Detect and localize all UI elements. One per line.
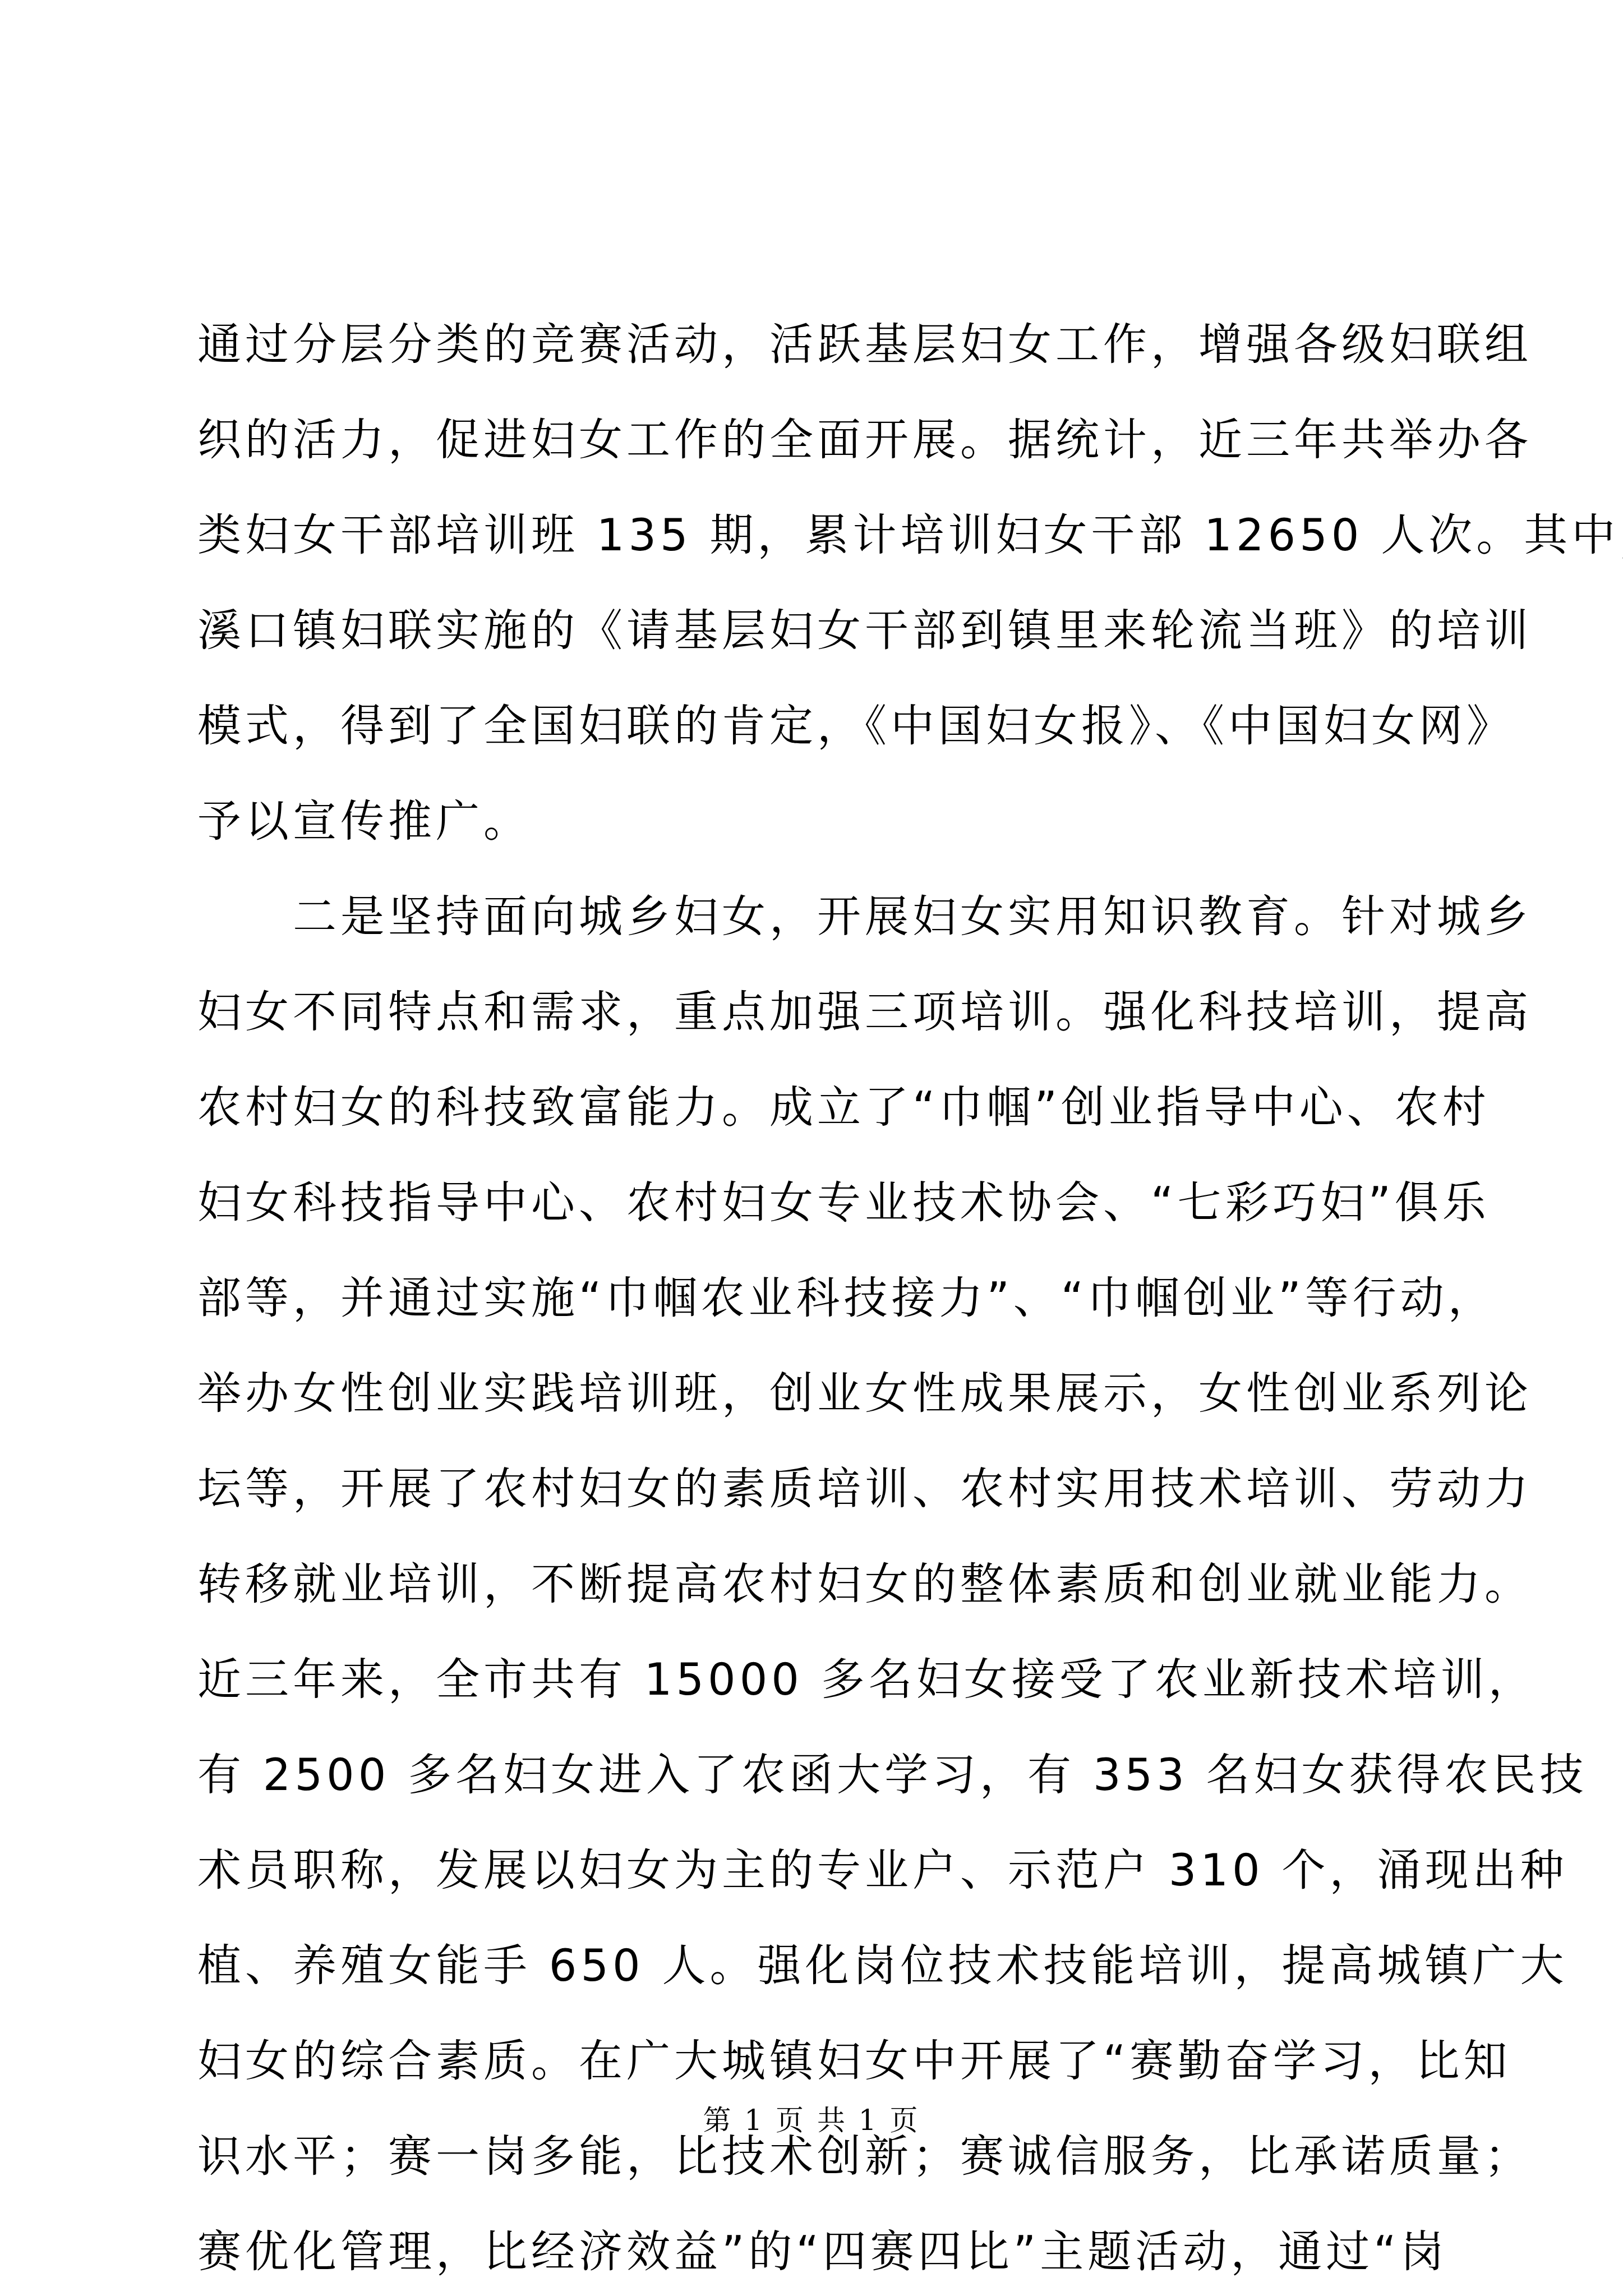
text-line: 予以宣传推广。	[197, 774, 1431, 869]
text-line: 类妇女干部培训班 135 期，累计培训妇女干部 12650 人次。其中，	[197, 488, 1431, 583]
document-page: 通过分层分类的竞赛活动，活跃基层妇女工作，增强各级妇联组 织的活力，促进妇女工作…	[0, 0, 1623, 2296]
text-line: 妇女的综合素质。在广大城镇妇女中开展了“赛勤奋学习，比知	[197, 2014, 1431, 2109]
text-line: 溪口镇妇联实施的《请基层妇女干部到镇里来轮流当班》的培训	[197, 583, 1431, 679]
text-line: 术员职称，发展以妇女为主的专业户、示范户 310 个，涌现出种	[197, 1823, 1431, 1918]
text-line: 部等，并通过实施“巾帼农业科技接力”、“巾帼创业”等行动，	[197, 1251, 1431, 1346]
text-line: 有 2500 多名妇女进入了农函大学习，有 353 名妇女获得农民技	[197, 1728, 1431, 1823]
text-line: 妇女不同特点和需求，重点加强三项培训。强化科技培训，提高	[197, 965, 1431, 1060]
text-line: 赛优化管理，比经济效益”的“四赛四比”主题活动，通过“岗	[197, 2205, 1431, 2296]
page-footer: 第 1 页 共 1 页	[0, 2098, 1623, 2138]
text-line: 模式，得到了全国妇联的肯定，《中国妇女报》、《中国妇女网》	[197, 679, 1431, 774]
body-text: 通过分层分类的竞赛活动，活跃基层妇女工作，增强各级妇联组 织的活力，促进妇女工作…	[197, 297, 1431, 2296]
text-line: 织的活力，促进妇女工作的全面开展。据统计，近三年共举办各	[197, 393, 1431, 488]
text-line: 举办女性创业实践培训班，创业女性成果展示，女性创业系列论	[197, 1346, 1431, 1442]
text-line: 转移就业培训，不断提高农村妇女的整体素质和创业就业能力。	[197, 1537, 1431, 1632]
text-line: 二是坚持面向城乡妇女，开展妇女实用知识教育。针对城乡	[197, 869, 1431, 965]
text-line: 农村妇女的科技致富能力。成立了“巾帼”创业指导中心、农村	[197, 1060, 1431, 1156]
text-line: 近三年来，全市共有 15000 多名妇女接受了农业新技术培训，	[197, 1632, 1431, 1728]
text-line: 通过分层分类的竞赛活动，活跃基层妇女工作，增强各级妇联组	[197, 297, 1431, 393]
text-line: 妇女科技指导中心、农村妇女专业技术协会、“七彩巧妇”俱乐	[197, 1156, 1431, 1251]
text-line: 坛等，开展了农村妇女的素质培训、农村实用技术培训、劳动力	[197, 1442, 1431, 1537]
text-line: 植、养殖女能手 650 人。强化岗位技术技能培训，提高城镇广大	[197, 1918, 1431, 2014]
